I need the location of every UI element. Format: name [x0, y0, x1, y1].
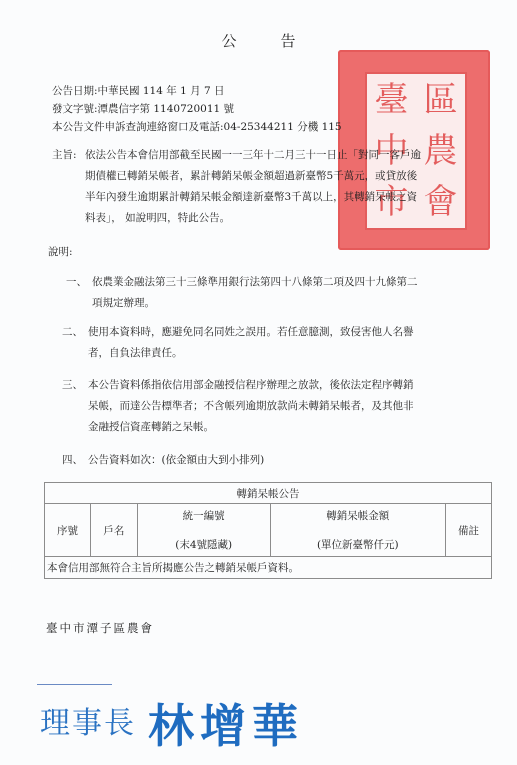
header-amount: 轉銷呆帳金額 (單位新臺幣仟元) [270, 504, 446, 557]
subject-section: 主旨: 依法公告本會信用部截至民國一一三年十二月三十一日止「對同一客戶逾 期債權… [52, 145, 492, 229]
item-number: 四、 [62, 450, 83, 471]
item-line: 者，自負法律責任。 [88, 343, 492, 364]
announcement-date: 公告日期:中華民國 114 年 1 月 7 日 [52, 84, 224, 98]
organization-name: 臺中市潭子區農會 [46, 620, 154, 636]
header-note: 備註 [446, 504, 492, 557]
header-amount-label: 轉銷呆帳金額 [271, 508, 446, 523]
title-char-2: 告 [281, 30, 296, 51]
item-line: 本公告資料係指依信用部金融授信程序辦理之放款，後依法定程序轉銷 [88, 375, 492, 396]
page-title: 公告 [0, 30, 517, 51]
header-id-note: (末4號隱藏) [138, 537, 270, 552]
explanation-item-1: 一、 依農業金融法第三十三條準用銀行法第四十八條第二項及四十九條第二 項規定辦理… [66, 272, 496, 314]
item-line: 呆帳，而達公告標準者；不含帳列逾期放款尚未轉銷呆帳者，及其他非 [88, 396, 492, 417]
seal-char: 臺 [367, 83, 416, 117]
item-line: 使用本資料時，應避免同名同姓之誤用。若任意臆測，致侵害他人名譽 [88, 322, 492, 343]
explanation-item-3: 三、 本公告資料係指依信用部金融授信程序辦理之放款，後依法定程序轉銷 呆帳，而達… [62, 375, 492, 438]
item-line: 項規定辦理。 [92, 293, 496, 314]
header-seq: 序號 [45, 504, 91, 557]
item-number: 三、 [62, 375, 83, 396]
item-number: 二、 [62, 322, 83, 343]
item-line: 金融授信資產轉銷之呆帳。 [88, 417, 492, 438]
explanation-item-2: 二、 使用本資料時，應避免同名同姓之誤用。若任意臆測，致侵害他人名譽 者，自負法… [62, 322, 492, 364]
document-number: 發文字號:潭農信字第 1140720011 號 [52, 102, 234, 116]
explanation-item-4: 四、 公告資料如次：(依金額由大到小排列) [62, 450, 492, 471]
signatory-name: 林增華 [148, 690, 304, 756]
header-id-label: 統一編號 [138, 508, 270, 523]
header-id: 統一編號 (末4號隱藏) [137, 504, 270, 557]
header-amount-unit: (單位新臺幣仟元) [271, 537, 446, 552]
subject-line: 料表」， 如說明四，特此公告。 [85, 208, 492, 229]
signature-underline [37, 684, 112, 685]
header-name: 戶名 [90, 504, 137, 557]
subject-line: 半年內發生逾期累計轉銷呆帳金額達新臺幣3千萬以上，其轉銷呆帳之資 [85, 187, 492, 208]
item-line: 依農業金融法第三十三條準用銀行法第四十八條第二項及四十九條第二 [92, 272, 496, 293]
item-number: 一、 [66, 272, 87, 293]
signatory-title: 理事長 [40, 698, 136, 742]
explanation-label: 說明: [48, 244, 73, 259]
table-footer-note: 本會信用部無符合主旨所揭應公告之轉銷呆帳戶資料。 [45, 557, 492, 579]
bad-debt-table: 轉銷呆帳公告 序號 戶名 統一編號 (末4號隱藏) 轉銷呆帳金額 (單位新臺幣仟… [44, 482, 492, 579]
subject-line: 期債權已轉銷呆帳者，累計轉銷呆帳金額超過新臺幣5千萬元，或貸放後 [85, 166, 492, 187]
seal-char: 區 [416, 83, 465, 117]
subject-label: 主旨: [52, 145, 77, 166]
table-caption: 轉銷呆帳公告 [45, 483, 492, 504]
subject-line: 依法公告本會信用部截至民國一一三年十二月三十一日止「對同一客戶逾 [85, 145, 492, 166]
title-char-1: 公 [221, 30, 236, 51]
item-line: 公告資料如次：(依金額由大到小排列) [88, 450, 492, 471]
contact-info: 本公告文件申訴查詢連絡窗口及電話:04-25344211 分機 115 [52, 120, 342, 134]
